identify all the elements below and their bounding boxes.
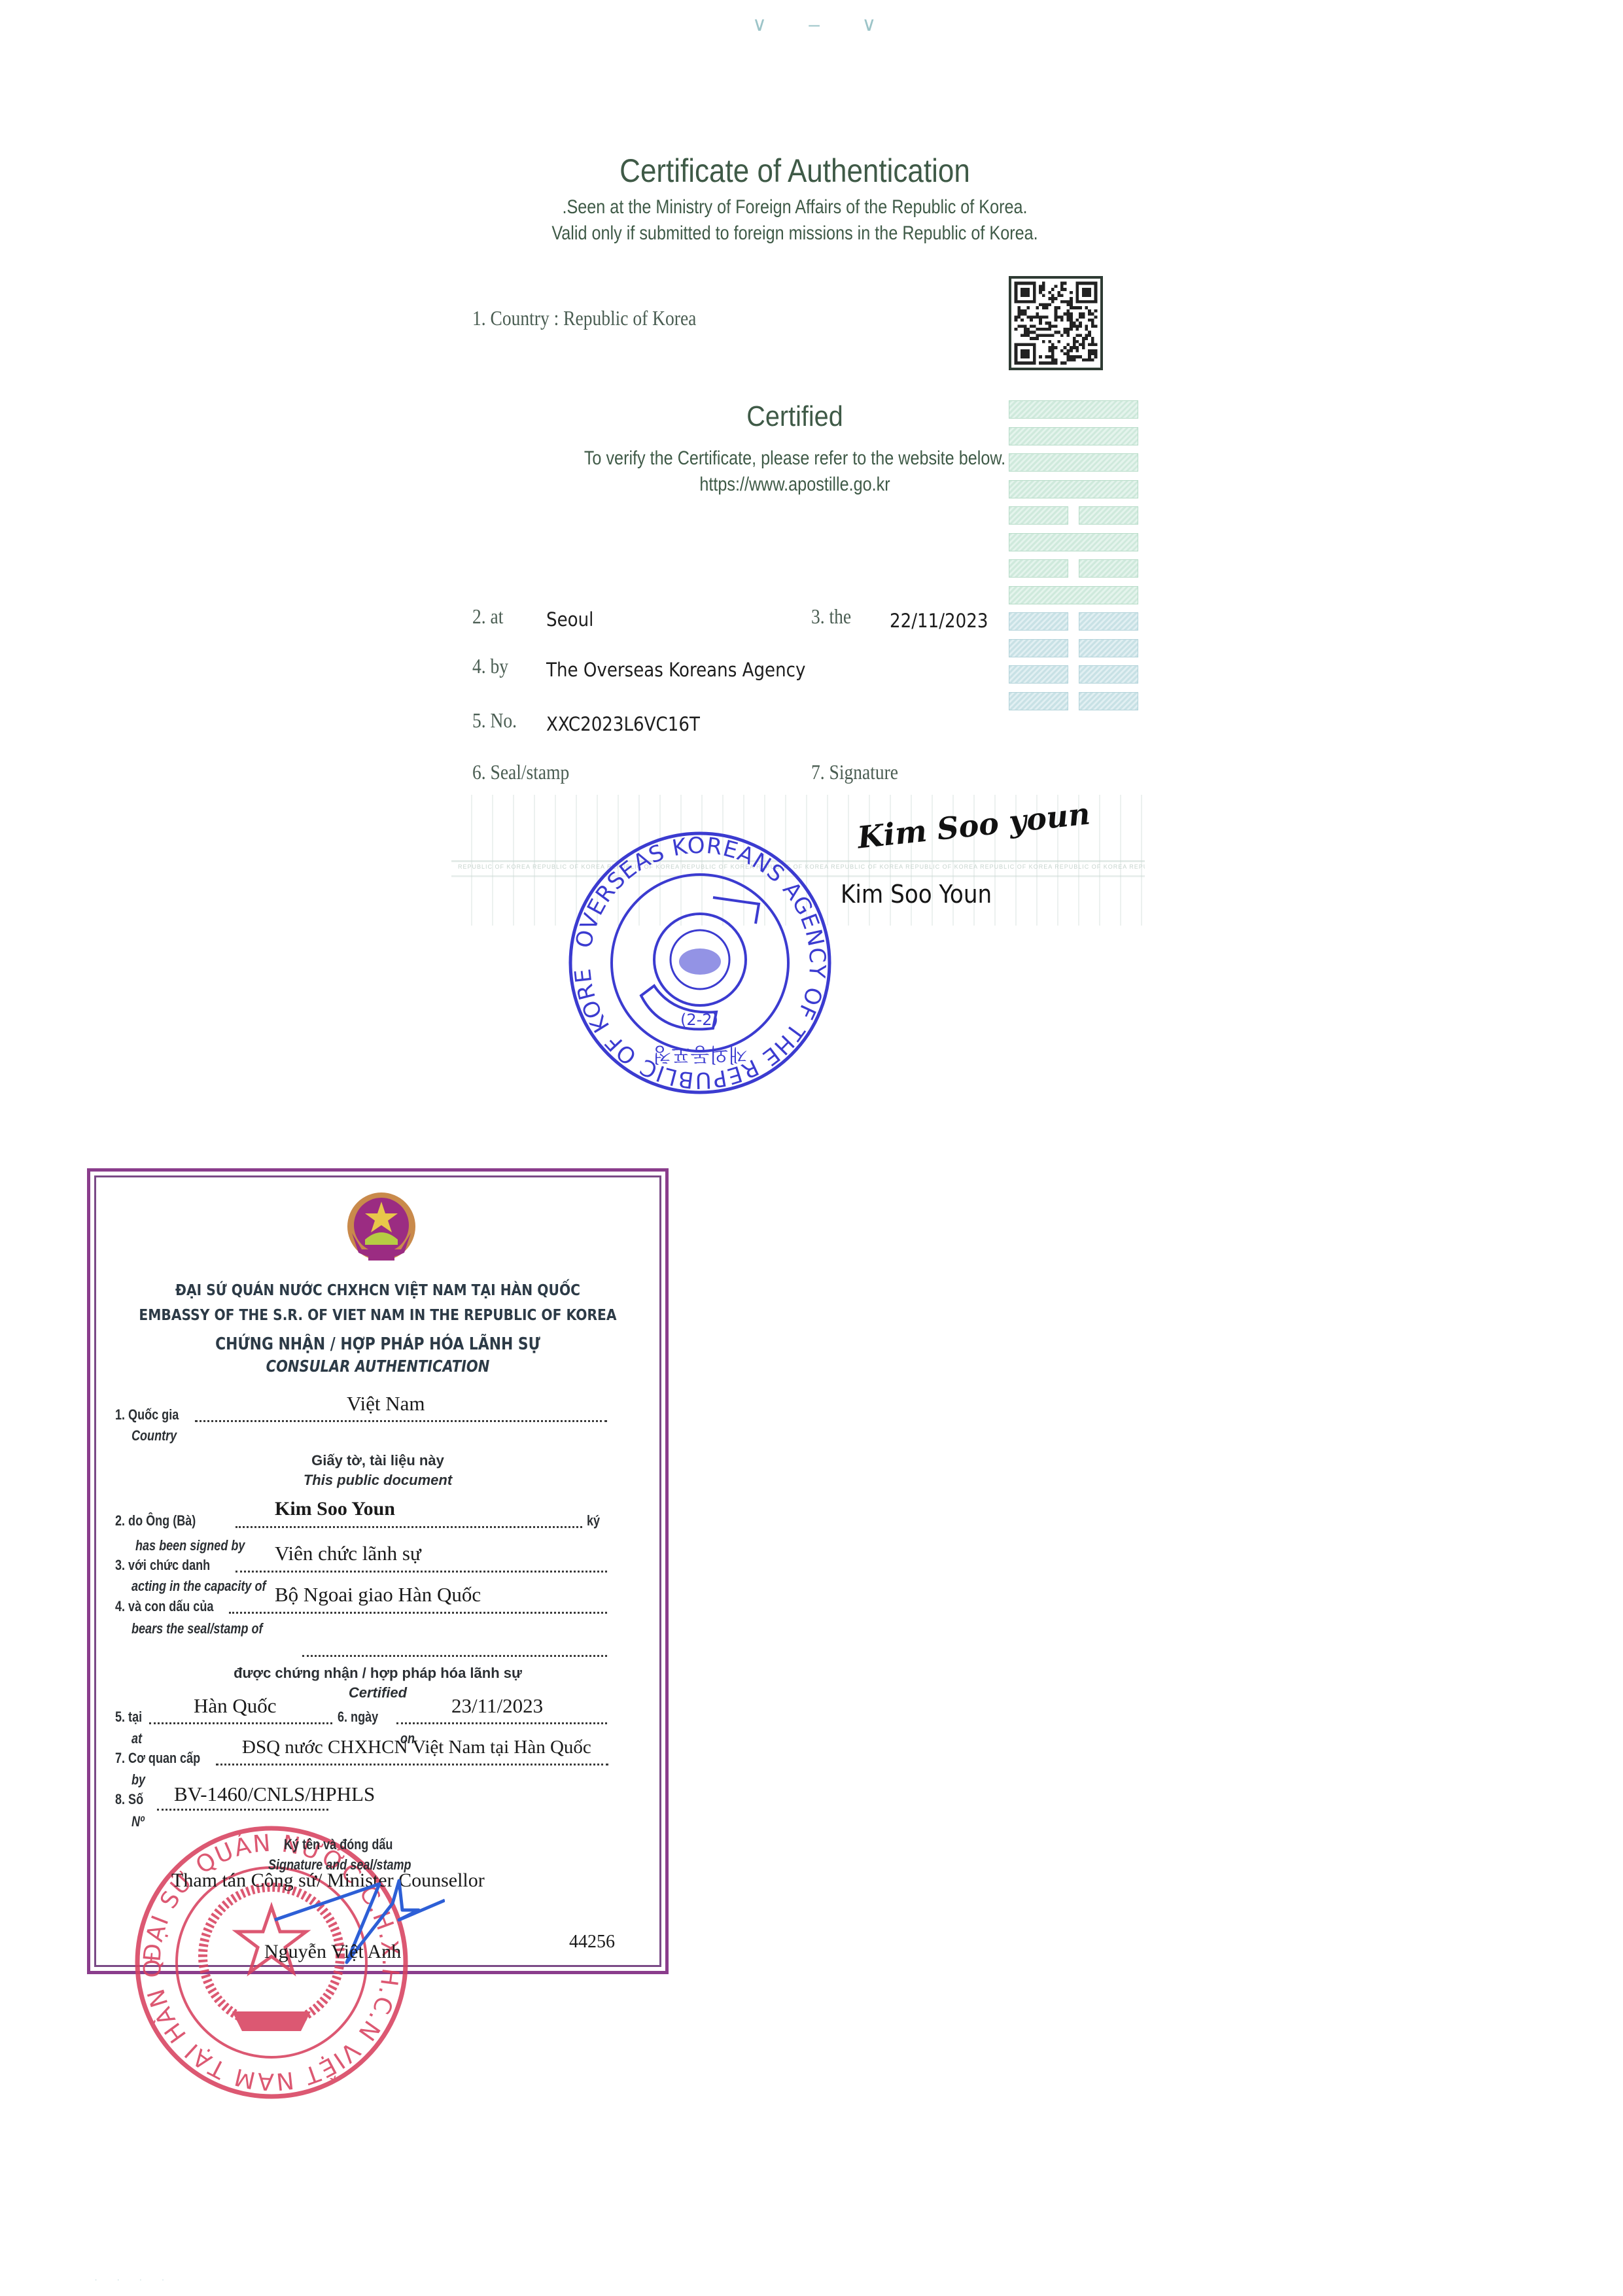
trigram-bar xyxy=(1009,506,1138,525)
country-value: Việt Nam xyxy=(347,1392,425,1416)
signature-seal-label-vi: Ký tên và đóng dấu xyxy=(284,1836,393,1853)
signed-by-dotted-line xyxy=(236,1526,582,1528)
capacity-dotted-line xyxy=(236,1571,607,1573)
seal-stamp-label: 6. Seal/stamp xyxy=(472,760,569,784)
number-dotted-line xyxy=(157,1809,328,1811)
trigram-bar xyxy=(1009,612,1138,631)
capacity-value: Viên chức lãnh sự xyxy=(275,1542,421,1565)
at-value-vn: Hàn Quốc xyxy=(194,1694,277,1718)
trigram-bar xyxy=(1009,639,1138,657)
serial-number: 44256 xyxy=(569,1932,615,1953)
by-label: 4. by xyxy=(472,654,508,678)
consular-title-english: CONSULAR AUTHENTICATION xyxy=(133,1357,622,1376)
certified-label-vi: được chứng nhận / hợp pháp hóa lãnh sự xyxy=(87,1665,669,1682)
trigram-bar xyxy=(1009,480,1138,498)
issued-by-dotted-line xyxy=(216,1764,608,1765)
seal-of-dotted-line xyxy=(229,1612,607,1614)
trigram-bar xyxy=(1009,427,1138,445)
signed-by-label-en: has been signed by xyxy=(135,1537,245,1554)
country-dotted-line xyxy=(195,1420,607,1422)
official-name: Nguyễn Việt Anh xyxy=(264,1941,401,1963)
svg-text:(2-2): (2-2) xyxy=(680,1011,718,1029)
issued-by-label-en: by xyxy=(131,1771,145,1788)
certificate-subtitle-1: .Seen at the Ministry of Foreign Affairs… xyxy=(512,196,1077,218)
certificate-title: Certificate of Authentication xyxy=(498,152,1091,190)
on-value: 23/11/2023 xyxy=(451,1694,543,1718)
signer-name: Kim Soo Youn xyxy=(841,880,992,909)
svg-text:재외동포청: 재외동포청 xyxy=(653,1043,748,1066)
top-edge-mark: ∨ – ∨ xyxy=(752,13,894,36)
signature-label: 7. Signature xyxy=(811,760,898,784)
number-value: XXC2023L6VC16T xyxy=(546,713,700,735)
signed-suffix: ký xyxy=(587,1512,600,1529)
trigram-bar xyxy=(1009,400,1138,419)
at-label-en: at xyxy=(131,1730,142,1747)
overseas-koreans-agency-seal-icon: OVERSEAS KOREANS AGENCY OF THE REPUBLIC … xyxy=(563,826,837,1100)
certified-label-en: Certified xyxy=(87,1684,669,1701)
number-label: 5. No. xyxy=(472,708,517,733)
trigram-bar xyxy=(1009,533,1138,551)
trigram-bar xyxy=(1009,453,1138,472)
vietnam-national-emblem-icon xyxy=(339,1187,424,1272)
number-label-vi: 8. Số xyxy=(115,1791,143,1808)
signed-by-label-vi: 2. do Ông (Bà) xyxy=(115,1512,196,1529)
certificate-subtitle-2: Valid only if submitted to foreign missi… xyxy=(512,222,1077,245)
trigram-bar xyxy=(1009,559,1138,578)
number-value-vn: BV-1460/CNLS/HPHLS xyxy=(174,1783,375,1806)
country-label-en: Country xyxy=(131,1427,177,1444)
security-trigram-pattern xyxy=(1009,400,1138,718)
issued-by-label-vi: 7. Cơ quan cấp xyxy=(115,1750,200,1767)
capacity-label-en: acting in the capacity of xyxy=(131,1578,266,1595)
at-value: Seoul xyxy=(546,608,593,631)
by-value: The Overseas Koreans Agency xyxy=(546,659,805,681)
on-label-vi: 6. ngày xyxy=(338,1709,378,1726)
at-label-vi: 5. tại xyxy=(115,1709,142,1726)
capacity-label-vi: 3. với chức danh xyxy=(115,1557,210,1574)
seal-of-label-vi: 4. và con dấu của xyxy=(115,1598,213,1615)
certified-heading: Certified xyxy=(492,400,1098,433)
at-label: 2. at xyxy=(472,604,503,629)
consular-title-vietnamese: CHỨNG NHẬN / HỢP PHÁP HÓA LÃNH SỰ xyxy=(133,1334,622,1354)
seal-of-label-en: bears the seal/stamp of xyxy=(131,1620,263,1637)
bottom-edge-mark: · · · · xyxy=(95,2276,173,2284)
verify-instruction: To verify the Certificate, please refer … xyxy=(512,447,1077,470)
verify-url-link[interactable]: https://www.apostille.go.kr xyxy=(512,474,1077,496)
date-label: 3. the xyxy=(811,604,851,629)
public-document-label-vi: Giấy tờ, tài liệu này xyxy=(87,1452,669,1469)
on-dotted-line xyxy=(396,1722,607,1724)
public-document-label-en: This public document xyxy=(87,1472,669,1489)
date-value: 22/11/2023 xyxy=(890,610,988,632)
seal-of-value: Bộ Ngoai giao Hàn Quốc xyxy=(275,1583,481,1607)
country-label-vi: 1. Quốc gia xyxy=(115,1406,179,1423)
signed-by-value: Kim Soo Youn xyxy=(275,1498,395,1520)
at-dotted-line xyxy=(149,1722,332,1724)
issued-by-value: ĐSQ nước CHXHCN Việt Nam tại Hàn Quốc xyxy=(242,1737,591,1758)
trigram-bar xyxy=(1009,692,1138,710)
country-field: 1. Country : Republic of Korea xyxy=(472,306,696,330)
trigram-bar xyxy=(1009,586,1138,604)
embassy-name-vietnamese: ĐẠI SỨ QUÁN NƯỚC CHXHCN VIỆT NAM TẠI HÀN… xyxy=(122,1282,633,1299)
trigram-bar xyxy=(1009,665,1138,684)
qr-code-icon[interactable] xyxy=(1009,276,1103,370)
embassy-name-english: EMBASSY OF THE S.R. OF VIET NAM IN THE R… xyxy=(122,1307,633,1324)
extra-dotted-line xyxy=(302,1655,607,1657)
